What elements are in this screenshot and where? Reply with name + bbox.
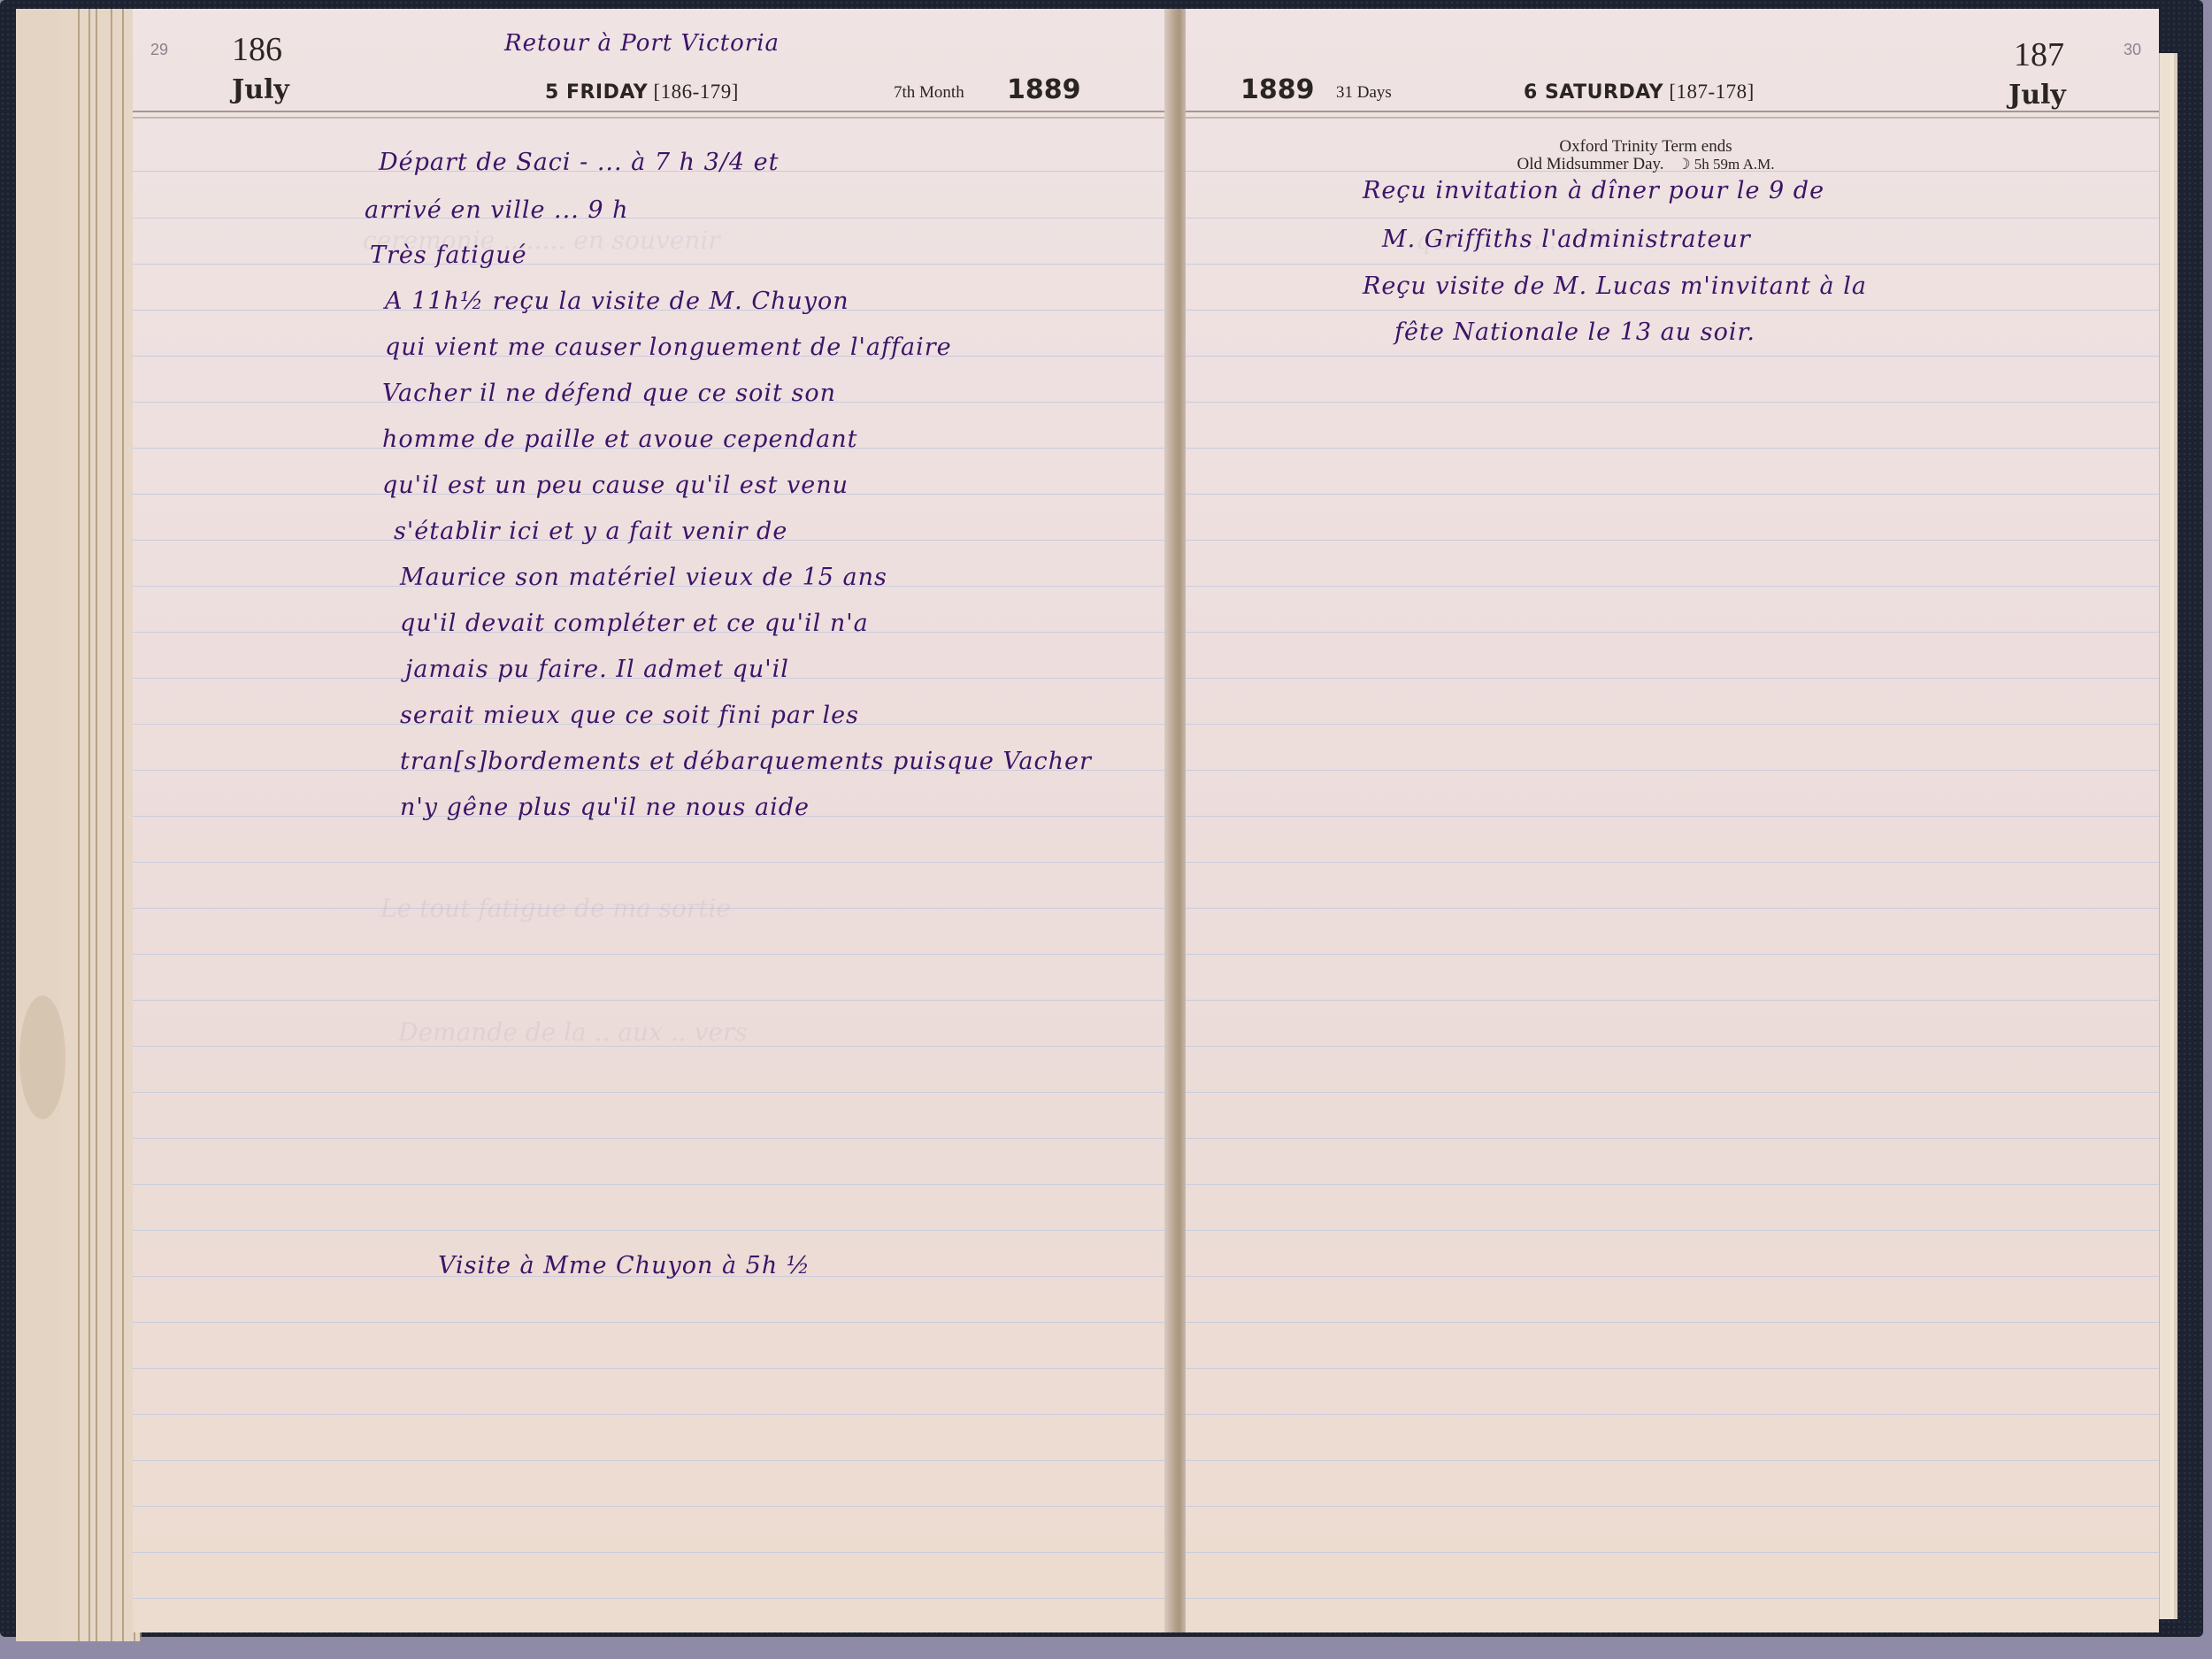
thumbprint-stain [19, 995, 65, 1119]
footer-note: Visite à Mme Chuyon à 5h ½ [438, 1252, 810, 1279]
entry-line: A 11h½ reçu la visite de M. Chuyon [385, 288, 849, 315]
entry-line: Vacher il ne défend que ce soit son [382, 380, 836, 407]
month-heading: July [232, 74, 289, 105]
pencil-folio-number: 29 [150, 41, 168, 59]
entry-line: n'y gêne plus qu'il ne nous aide [400, 794, 810, 821]
days-in-month: 31 Days [1336, 83, 1392, 103]
entry-line: Maurice son matériel vieux de 15 ans [400, 564, 887, 591]
right-page: 1889 31 Days 6 SATURDAY [187-178] 187 Ju… [1186, 9, 2159, 1632]
day-heading-text: 5 FRIDAY [545, 81, 648, 104]
left-page: 29 186 July Retour à Port Victoria 5 FRI… [133, 9, 1170, 1632]
printed-note-line: Old Midsummer Day. ☽ 5h 59m A.M. [1478, 156, 1814, 173]
entry-line: Départ de Saci - ... à 7 h 3/4 et [379, 149, 779, 176]
endpaper-flap [16, 9, 60, 1641]
left-fore-edge [16, 9, 140, 1641]
handwritten-title: Retour à Port Victoria [504, 30, 780, 57]
entry-line: jamais pu faire. Il admet qu'il [405, 656, 789, 683]
entry-line: Reçu invitation à dîner pour le 9 de [1363, 177, 1824, 204]
page-number: 186 [232, 30, 282, 69]
day-of-year-range: [186-179] [653, 81, 738, 103]
entry-line: qu'il devait compléter et ce qu'il n'a [400, 610, 869, 637]
printed-notes: Oxford Trinity Term ends Old Midsummer D… [1478, 138, 1814, 173]
moon-phase: ☽ 5h 59m A.M. [1677, 156, 1774, 173]
day-heading-text: 6 SATURDAY [1524, 81, 1663, 104]
day-of-year-range: [187-178] [1669, 81, 1754, 103]
year-heading: 1889 [1007, 74, 1081, 105]
entry-line: homme de paille et avoue cependant [382, 426, 857, 453]
year-heading: 1889 [1240, 74, 1315, 105]
entry-line: arrivé en ville ... 9 h [365, 196, 629, 224]
printed-note: Old Midsummer Day. [1517, 155, 1664, 173]
day-heading: 5 FRIDAY [186-179] [545, 81, 739, 104]
right-fore-edge [2159, 53, 2177, 1619]
entry-line: qu'il est un peu cause qu'il est venu [382, 472, 849, 499]
month-heading: July [2008, 80, 2066, 111]
page-number: 187 [2014, 35, 2064, 74]
printed-note: Oxford Trinity Term ends [1478, 138, 1814, 156]
entry-line: serait mieux que ce soit fini par les [400, 702, 859, 729]
entry-line: qui vient me causer longuement de l'affa… [385, 334, 952, 361]
entry-line: s'établir ici et y a fait venir de [394, 518, 787, 545]
entry-line: tran[s]bordements et débarquements puisq… [400, 748, 1092, 775]
entry-line: Très fatigué [370, 242, 527, 269]
pencil-folio-number: 30 [2124, 41, 2141, 59]
month-label: 7th Month [894, 83, 964, 103]
day-heading: 6 SATURDAY [187-178] [1524, 81, 1755, 104]
entry-line: Reçu visite de M. Lucas m'invitant à la [1363, 273, 1867, 300]
entry-line: M. Griffiths l'administrateur [1382, 226, 1751, 253]
entry-line: fête Nationale le 13 au soir. [1394, 319, 1755, 346]
